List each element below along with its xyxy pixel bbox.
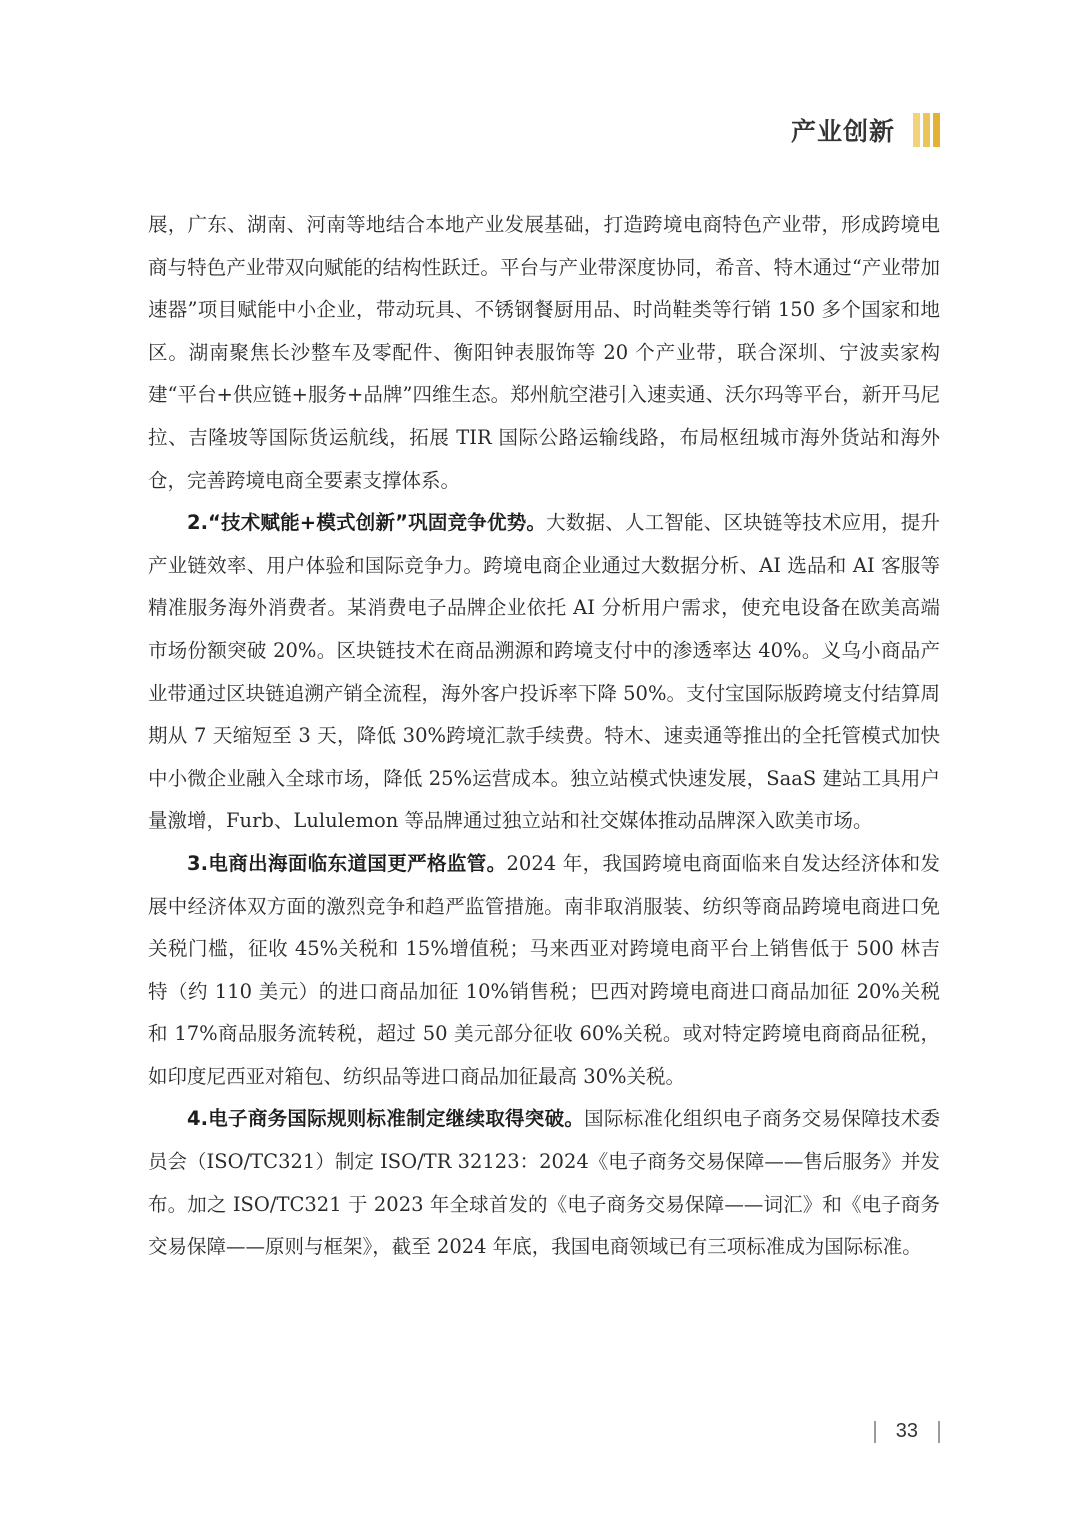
paragraph-text: 展，广东、湖南、河南等地结合本地产业发展基础，打造跨境电商特色产业带，形成跨境电… (148, 213, 940, 492)
page-number: 33 (896, 1420, 918, 1443)
bar-1 (913, 113, 920, 147)
paragraph-1: 展，广东、湖南、河南等地结合本地产业发展基础，打造跨境电商特色产业带，形成跨境电… (148, 204, 940, 502)
section-bars-icon (913, 113, 940, 147)
paragraph-4: 4.电子商务国际规则标准制定继续取得突破。国际标准化组织电子商务交易保障技术委员… (148, 1098, 940, 1268)
paragraph-heading: 4.电子商务国际规则标准制定继续取得突破。 (187, 1107, 584, 1130)
paragraph-heading: 3.电商出海面临东道国更严格监管。 (187, 852, 507, 875)
section-title: 产业创新 (791, 112, 895, 148)
left-divider (874, 1421, 876, 1443)
paragraph-text: 大数据、人工智能、区块链等技术应用，提升产业链效率、用户体验和国际竞争力。跨境电… (148, 511, 940, 832)
paragraph-heading: 2.“技术赋能+模式创新”巩固竞争优势。 (187, 511, 546, 534)
right-divider (938, 1421, 940, 1443)
page-footer: 33 (874, 1420, 940, 1443)
paragraph-2: 2.“技术赋能+模式创新”巩固竞争优势。大数据、人工智能、区块链等技术应用，提升… (148, 502, 940, 843)
section-header: 产业创新 (791, 112, 940, 148)
bar-3 (933, 113, 940, 147)
bar-2 (923, 113, 930, 147)
paragraph-3: 3.电商出海面临东道国更严格监管。2024 年，我国跨境电商面临来自发达经济体和… (148, 843, 940, 1099)
paragraph-text: 2024 年，我国跨境电商面临来自发达经济体和发展中经济体双方面的激烈竞争和趋严… (148, 852, 940, 1088)
article-body: 展，广东、湖南、河南等地结合本地产业发展基础，打造跨境电商特色产业带，形成跨境电… (148, 204, 940, 1269)
